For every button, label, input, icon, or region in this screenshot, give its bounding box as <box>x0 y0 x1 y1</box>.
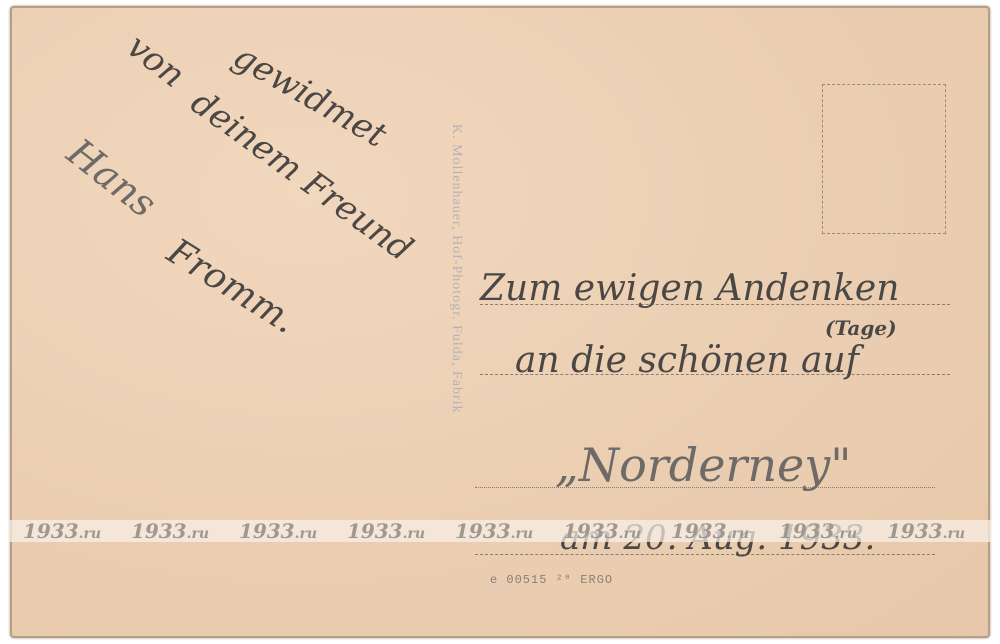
message-line-1: Zum ewigen Andenken <box>480 268 899 309</box>
watermark-text: 1933.ru <box>224 520 332 542</box>
message-line-3: „Norderney" <box>555 438 851 492</box>
card-code: e 00515 ²⁰ ERGO <box>490 572 613 587</box>
message-note: (Tage) <box>825 316 897 340</box>
watermark-text: 1933.ru <box>116 520 224 542</box>
message-line-2: an die schönen auf <box>515 340 859 381</box>
publisher-imprint: K. Mollenhauer, Hof-Photogr. Fulda, Fabr… <box>448 124 464 414</box>
dedication-signature: Fromm. <box>160 231 303 342</box>
watermark-text: 1933.ru <box>440 520 548 542</box>
postcard-back: K. Mollenhauer, Hof-Photogr. Fulda, Fabr… <box>10 6 990 638</box>
watermark-text: 1933.ru <box>656 520 764 542</box>
dedication-hans: Hans <box>59 130 165 226</box>
watermark-text: 1933.ru <box>8 520 116 542</box>
stamp-placeholder-box <box>822 84 946 234</box>
watermark-text: 1933.ru <box>872 520 980 542</box>
dedication-von: von <box>119 26 192 95</box>
watermark-band: 1933.ru 1933.ru 1933.ru 1933.ru 1933.ru … <box>8 520 992 542</box>
watermark-text: 1933.ru <box>332 520 440 542</box>
watermark-text: 1933.ru <box>764 520 872 542</box>
watermark-text: 1933.ru <box>548 520 656 542</box>
